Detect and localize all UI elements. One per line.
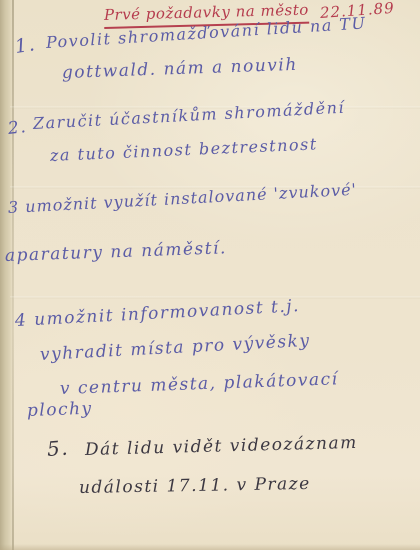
paper-crease [10, 296, 420, 299]
item-1-line-2: gottwald. nám a nouvih [62, 55, 298, 83]
item-2-number: 2. [7, 117, 28, 139]
page-bottom-edge [0, 544, 420, 550]
page-left-edge-shadow [12, 0, 14, 550]
item-4-line-4: plochy [27, 399, 93, 421]
item-2-line-1: Zaručit účastníkům shromáždění [33, 98, 346, 133]
item-5-line-2: události 17.11. v Praze [79, 474, 311, 498]
item-4-line-1: 4 umožnit informovanost t.j. [14, 296, 300, 331]
item-4-line-3: v centru města, plakátovací [60, 369, 339, 399]
item-4-line-2: vyhradit místa pro vývěsky [39, 331, 310, 365]
item-5-number: 5. [46, 435, 70, 460]
item-3-line-2: aparatury na náměstí. [5, 238, 228, 266]
item-2-line-2: za tuto činnost beztrestnost [50, 134, 318, 165]
scanned-handwritten-page: Prvé požadavky na město 22.11.89 1. Povo… [0, 0, 420, 550]
item-1-number: 1. [13, 33, 37, 58]
item-5-line-1: Dát lidu vidět videozáznam [85, 433, 358, 460]
